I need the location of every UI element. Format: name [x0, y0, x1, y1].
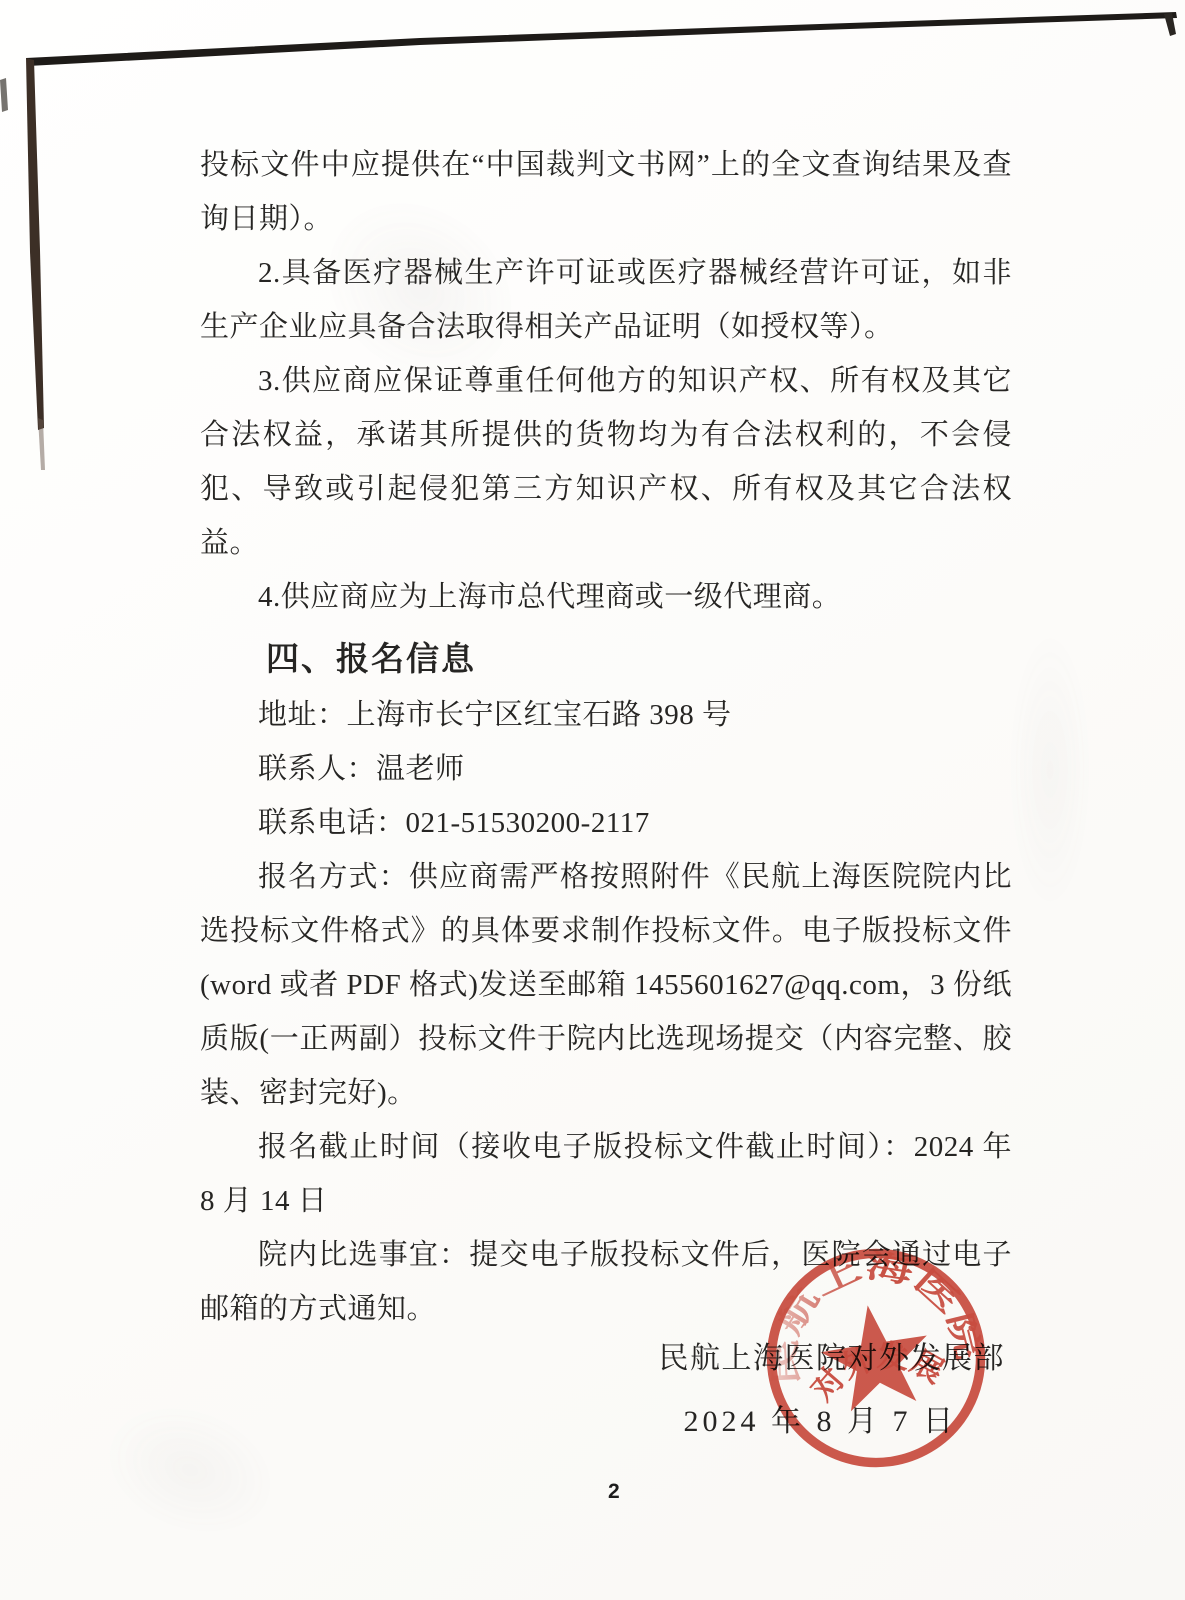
info-line-deadline: 报名截止时间（接收电子版投标文件截止时间）：2024 年 8 月 14 日: [200, 1120, 1012, 1228]
info-line-selection-notice: 院内比选事宜：提交电子版投标文件后，医院会通过电子邮箱的方式通知。: [200, 1228, 1012, 1336]
info-line-address: 地址：上海市长宁区红宝石路 398 号: [200, 688, 1012, 742]
section-heading-registration-info: 四、报名信息: [200, 630, 1012, 688]
paragraph-continuation: 投标文件中应提供在“中国裁判文书网”上的全文查询结果及查询日期）。: [200, 138, 1012, 246]
info-line-contact-person: 联系人：温老师: [200, 742, 1012, 796]
signature-organization: 民航上海医院对外发展部: [659, 1333, 1006, 1377]
info-line-phone: 联系电话：021-51530200-2117: [200, 796, 1012, 850]
paragraph-item-3: 3.供应商应保证尊重任何他方的知识产权、所有权及其它合法权益，承诺其所提供的货物…: [200, 354, 1012, 570]
paragraph-item-4: 4.供应商应为上海市总代理商或一级代理商。: [200, 570, 1012, 624]
scan-smudge: [37, 1341, 343, 1599]
signature-date: 2024 年 8 月 7 日: [684, 1396, 958, 1440]
page-number: 2: [608, 1480, 620, 1504]
scanned-document-page: 投标文件中应提供在“中国裁判文书网”上的全文查询结果及查询日期）。 2.具备医疗…: [0, 0, 1185, 1600]
info-line-registration-method: 报名方式：供应商需严格按照附件《民航上海医院院内比选投标文件格式》的具体要求制作…: [200, 850, 1012, 1120]
document-body: 投标文件中应提供在“中国裁判文书网”上的全文查询结果及查询日期）。 2.具备医疗…: [200, 138, 1012, 1336]
paragraph-item-2: 2.具备医疗器械生产许可证或医疗器械经营许可证，如非生产企业应具备合法取得相关产…: [200, 246, 1012, 354]
